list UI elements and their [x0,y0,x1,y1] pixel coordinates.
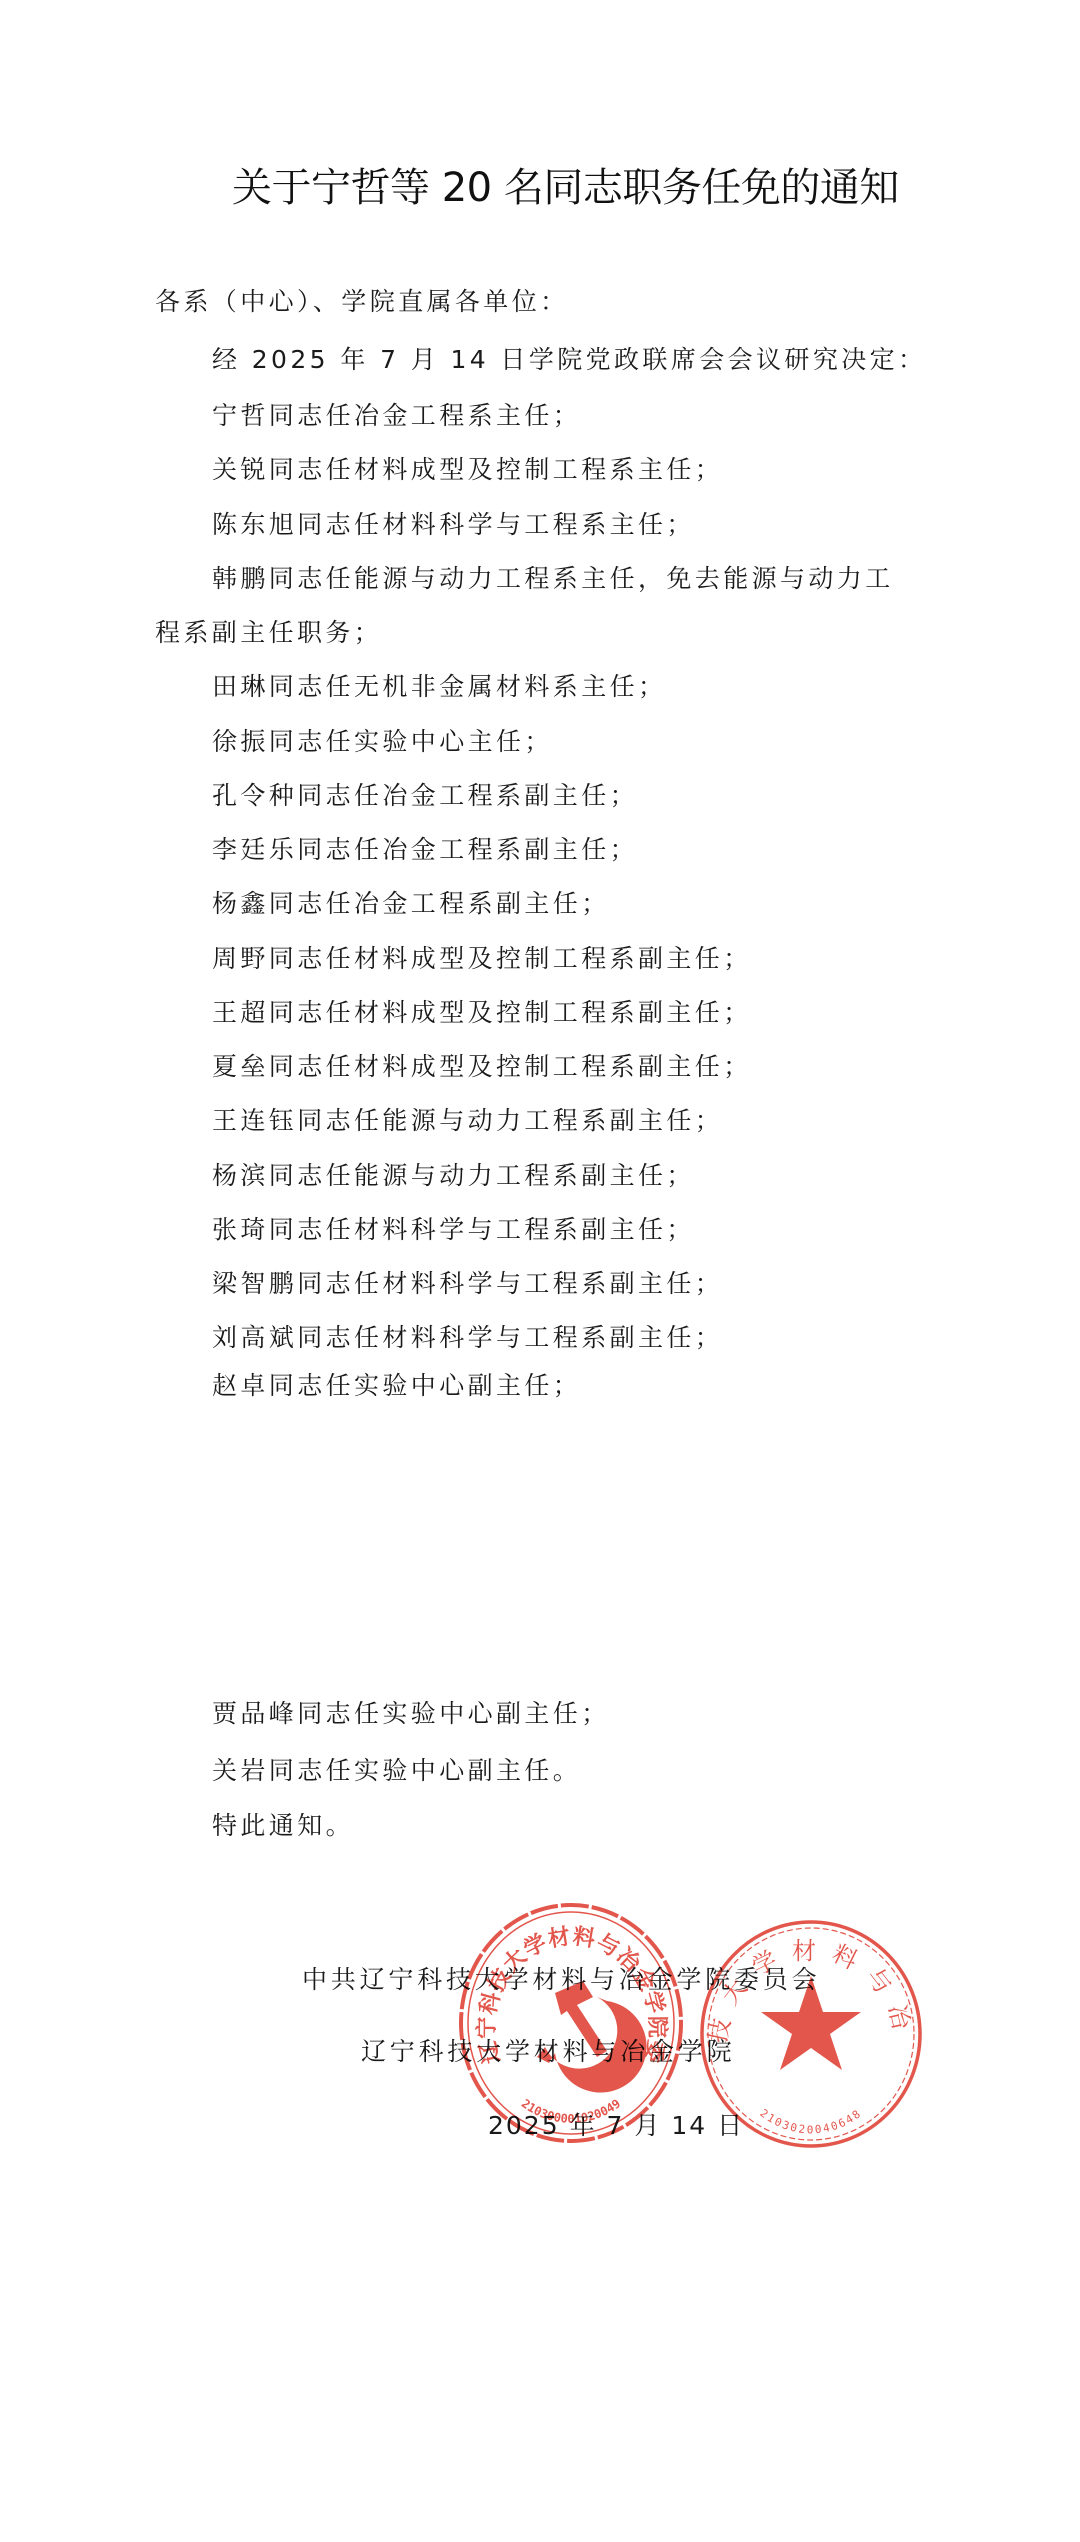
appointment-line: 杨鑫同志任冶金工程系副主任； [212,884,610,924]
party-committee-seal: 中共辽宁科技大学材料与冶金学院委员会 210300001020049 [457,1901,685,2145]
appointment-line: 关锐同志任材料成型及控制工程系主任； [212,450,723,490]
appointment-line: 周野同志任材料成型及控制工程系副主任； [212,939,752,979]
appointment-line-continued: 程系副主任职务； [155,613,382,653]
appointment-line: 孔令种同志任冶金工程系副主任； [212,776,638,816]
appointment-line: 陈东旭同志任材料科学与工程系主任； [212,505,695,545]
document-title: 关于宁哲等 20 名同志职务任免的通知 [232,160,912,216]
salutation: 各系（中心）、学院直属各单位： [155,282,569,322]
appointment-line: 梁智鹏同志任材料科学与工程系副主任； [212,1264,723,1304]
appointment-line: 宁哲同志任冶金工程系主任； [212,396,581,436]
college-seal: 辽宁科技大学材料与冶金学院 2103020040648 [698,1918,924,2150]
closing-remark: 特此通知。 [212,1806,354,1846]
star-icon [761,1976,861,2070]
seal-serial: 2103020040648 [757,2107,864,2137]
appointment-line: 赵卓同志任实验中心副主任； [212,1366,581,1406]
appointment-line: 韩鹏同志任能源与动力工程系主任，免去能源与动力工 [212,559,894,599]
appointment-line: 关岩同志任实验中心副主任。 [212,1751,581,1791]
appointment-line: 王超同志任材料成型及控制工程系副主任； [212,993,752,1033]
appointment-line: 张琦同志任材料科学与工程系副主任； [212,1210,695,1250]
appointment-line: 夏垒同志任材料成型及控制工程系副主任； [212,1047,752,1087]
seal-serial: 210300001020049 [519,2096,623,2125]
appointment-line: 徐振同志任实验中心主任； [212,722,553,762]
appointment-line: 田琳同志任无机非金属材料系主任； [212,667,666,707]
appointment-line: 贾品峰同志任实验中心副主任； [212,1694,610,1734]
document-page: 关于宁哲等 20 名同志职务任免的通知 各系（中心）、学院直属各单位： 经 20… [0,0,1080,2542]
intro-paragraph: 经 2025 年 7 月 14 日学院党政联席会会议研究决定： [212,340,926,380]
hammer-sickle-icon [537,1981,647,2093]
appointment-line: 刘高斌同志任材料科学与工程系副主任； [212,1318,723,1358]
appointment-line: 杨滨同志任能源与动力工程系副主任； [212,1156,695,1196]
appointment-line: 李廷乐同志任冶金工程系副主任； [212,830,638,870]
appointment-line: 王连钰同志任能源与动力工程系副主任； [212,1101,723,1141]
